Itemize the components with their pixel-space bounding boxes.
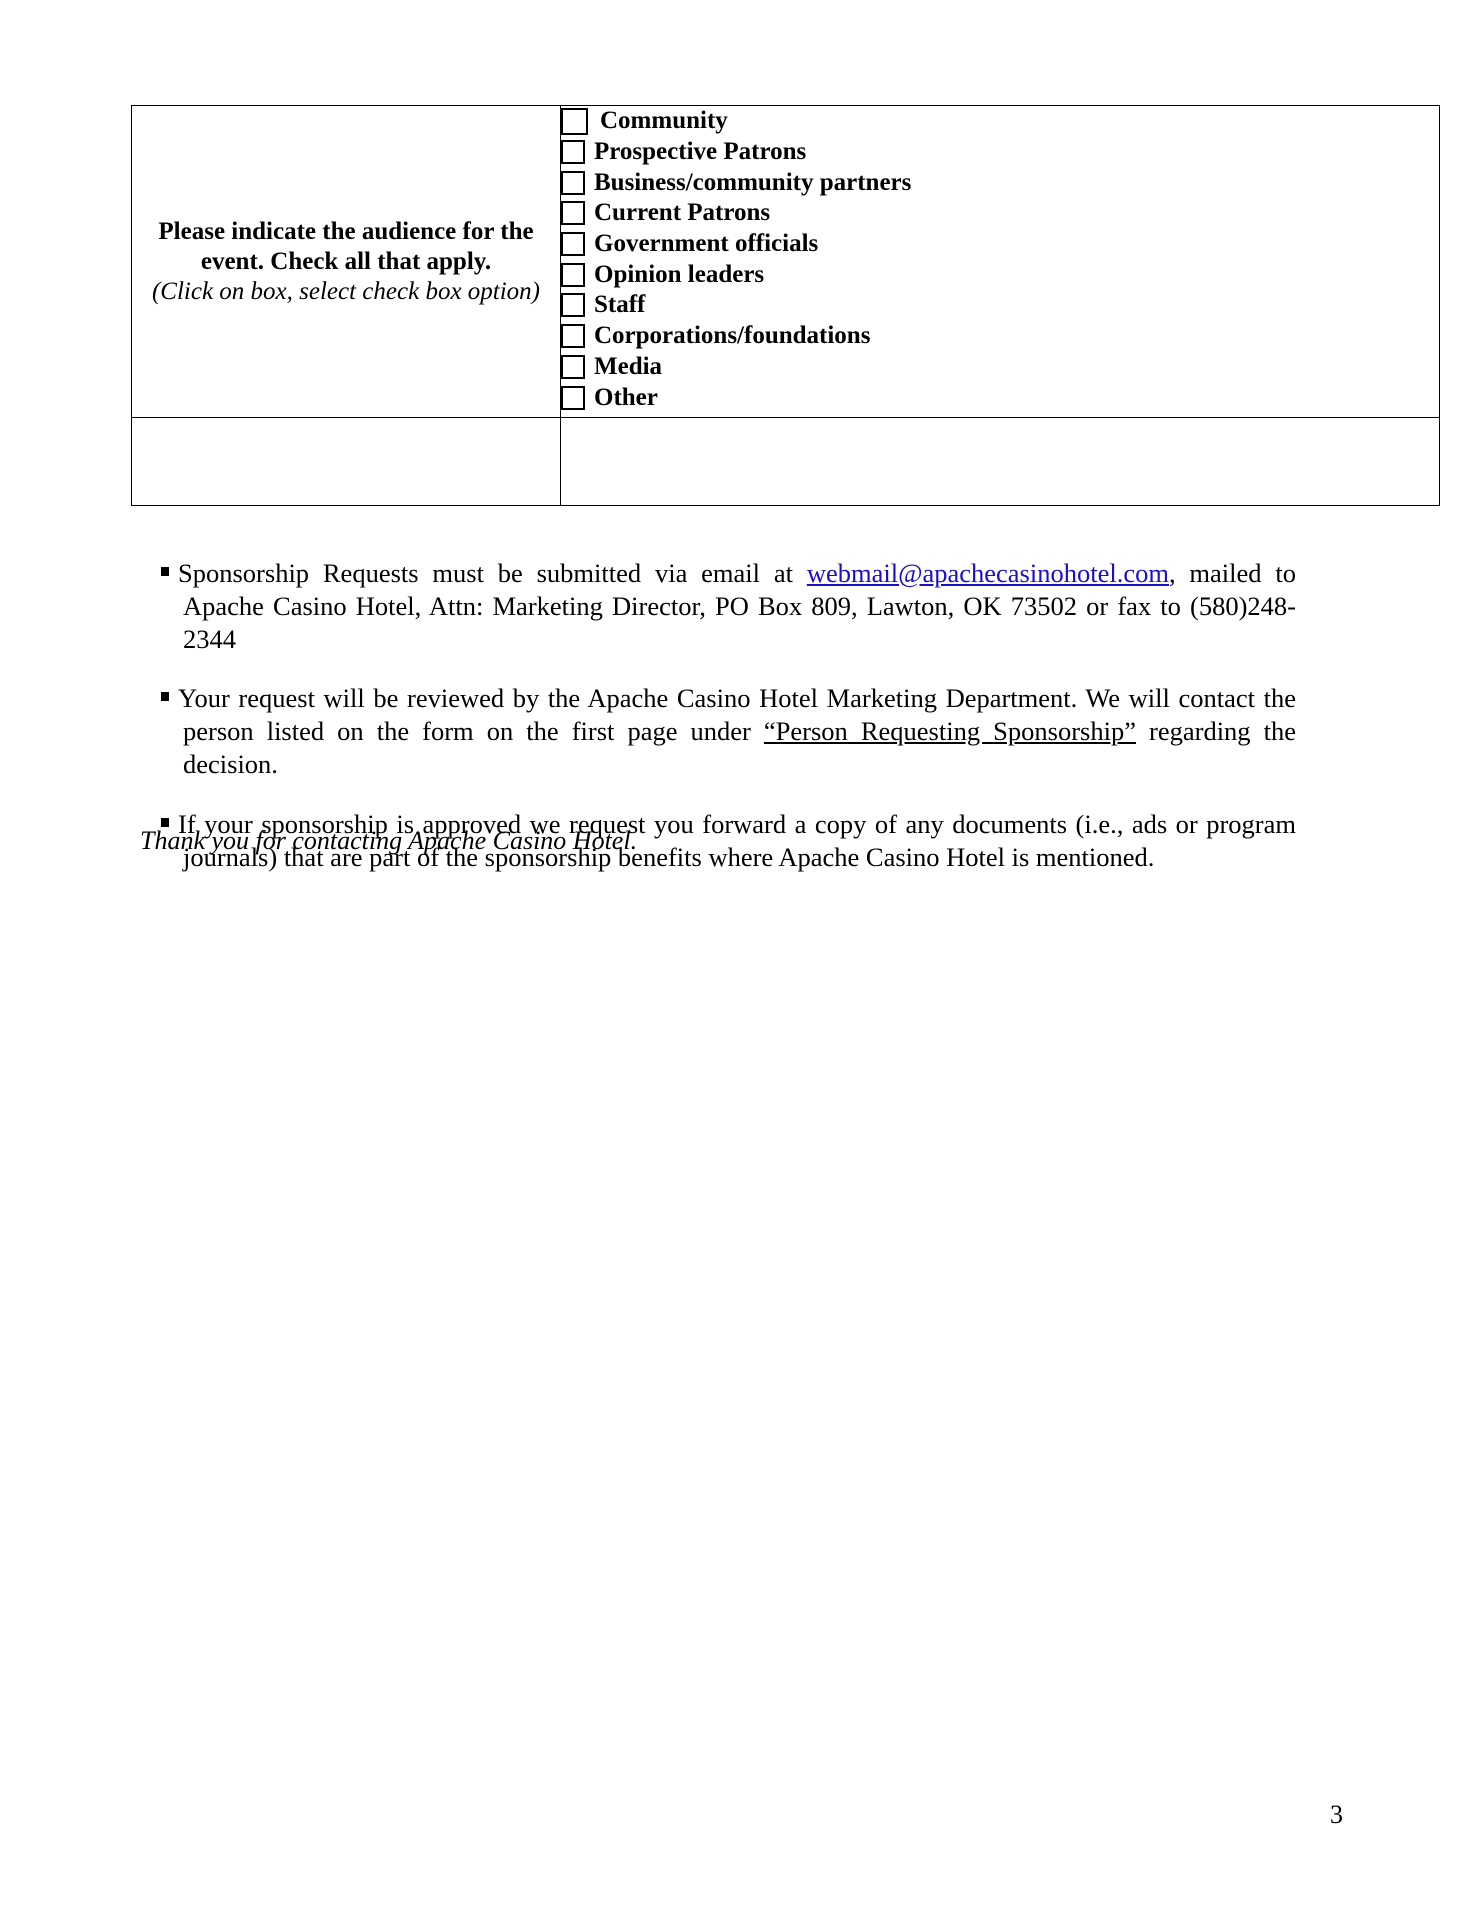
option-community[interactable]: Community <box>561 106 1439 137</box>
option-corporations-foundations[interactable]: Corporations/foundations <box>561 321 1439 352</box>
email-link[interactable]: webmail@apachecasinohotel.com <box>807 558 1169 588</box>
instruction-review: Your request will be reviewed by the Apa… <box>140 682 1296 781</box>
option-other[interactable]: Other <box>561 382 1439 413</box>
instructions-list: Sponsorship Requests must be submitted v… <box>140 530 1296 874</box>
bullet-square-icon <box>161 567 169 576</box>
page-number: 3 <box>1330 1800 1343 1830</box>
empty-cell-left <box>132 418 561 506</box>
option-label: Community <box>600 107 728 135</box>
checkbox[interactable] <box>561 171 585 195</box>
checkbox[interactable] <box>561 263 585 287</box>
checkbox[interactable] <box>561 140 585 164</box>
option-current-patrons[interactable]: Current Patrons <box>561 198 1439 229</box>
audience-prompt-instruction: Please indicate the audience for the eve… <box>142 217 550 277</box>
bullet-square-icon <box>161 692 169 701</box>
option-opinion-leaders[interactable]: Opinion leaders <box>561 259 1439 290</box>
option-label: Media <box>594 353 662 381</box>
person-requesting-reference: “Person Requesting Sponsorship” <box>764 716 1136 746</box>
empty-cell-right[interactable] <box>561 418 1440 506</box>
checkbox[interactable] <box>561 108 588 135</box>
audience-prompt: Please indicate the audience for the eve… <box>132 217 560 307</box>
option-label: Business/community partners <box>594 169 911 197</box>
audience-options-cell: Community Prospective Patrons Business/c… <box>561 106 1440 418</box>
option-label: Opinion leaders <box>594 261 764 289</box>
checkbox[interactable] <box>561 386 585 410</box>
option-business-community-partners[interactable]: Business/community partners <box>561 167 1439 198</box>
checkbox[interactable] <box>561 232 585 256</box>
checkbox[interactable] <box>561 355 585 379</box>
option-label: Staff <box>594 291 645 319</box>
audience-prompt-cell: Please indicate the audience for the eve… <box>132 106 561 418</box>
option-label: Prospective Patrons <box>594 138 806 166</box>
instruction-submission: Sponsorship Requests must be submitted v… <box>140 557 1296 656</box>
audience-prompt-hint: (Click on box, select check box option) <box>142 277 550 307</box>
option-government-officials[interactable]: Government officials <box>561 229 1439 260</box>
audience-table: Please indicate the audience for the eve… <box>131 105 1440 506</box>
closing-note: Thank you for contacting Apache Casino H… <box>140 826 637 856</box>
checkbox[interactable] <box>561 324 585 348</box>
option-label: Government officials <box>594 230 818 258</box>
option-prospective-patrons[interactable]: Prospective Patrons <box>561 137 1439 168</box>
option-media[interactable]: Media <box>561 352 1439 383</box>
option-label: Corporations/foundations <box>594 322 870 350</box>
option-staff[interactable]: Staff <box>561 290 1439 321</box>
checkbox[interactable] <box>561 293 585 317</box>
option-label: Current Patrons <box>594 199 770 227</box>
instruction-text: Sponsorship Requests must be submitted v… <box>178 558 807 588</box>
option-label: Other <box>594 384 658 412</box>
checkbox[interactable] <box>561 201 585 225</box>
